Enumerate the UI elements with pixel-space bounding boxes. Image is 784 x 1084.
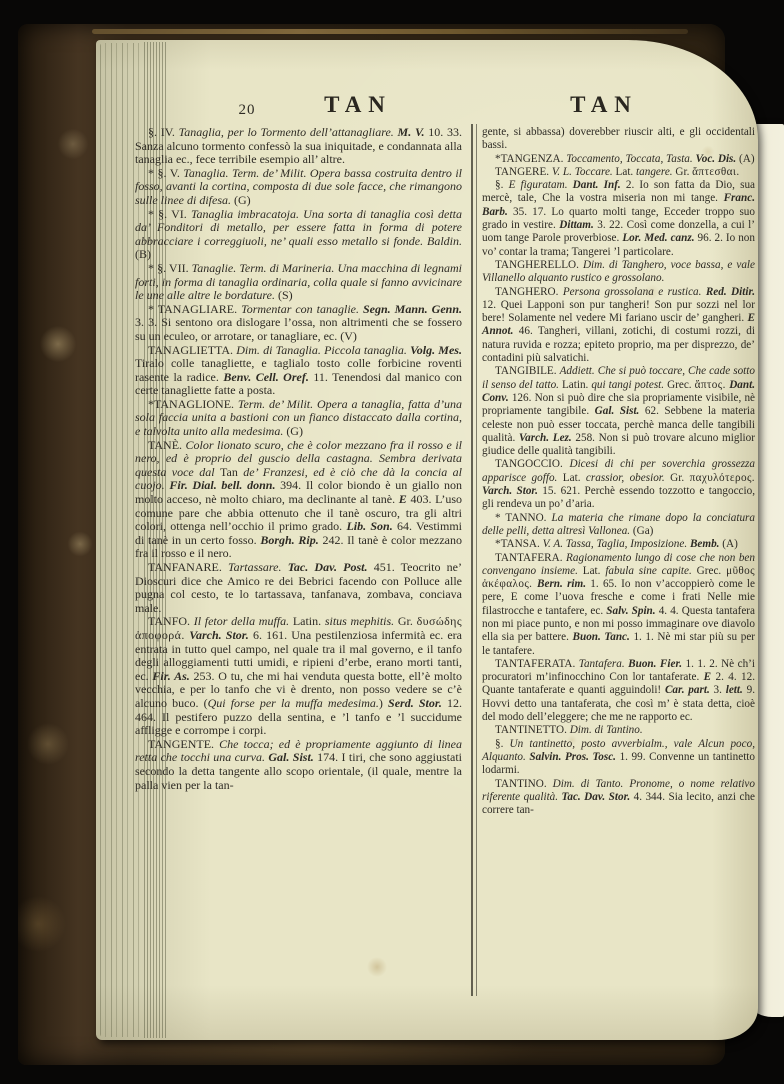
- dictionary-entry: TANGENTE. Che tocca; ed è propriamente a…: [135, 738, 462, 792]
- running-title-left: TAN: [288, 92, 428, 118]
- dictionary-entry: TANFO. Il fetor della muffa. Latin. situ…: [135, 615, 462, 737]
- running-title-right: TAN: [534, 92, 674, 118]
- dictionary-entry: TANÈ. Color lionato scuro, che è color m…: [135, 439, 462, 561]
- page-number: 20: [222, 102, 272, 119]
- dictionary-entry: TANGOCCIO. Dicesi di chi per soverchia g…: [482, 458, 755, 511]
- text-column-left: §. IV. Tanaglia, per lo Tormento dell’at…: [135, 126, 462, 792]
- dictionary-entry: * §. V. Tanaglia. Term. de’ Milit. Opera…: [135, 167, 462, 208]
- dictionary-entry: TANGERE. V. L. Toccare. Lat. tangere. Gr…: [482, 166, 755, 179]
- dictionary-entry: TANTAFERATA. Tantafera. Buon. Fier. 1. 1…: [482, 658, 755, 724]
- dictionary-entry: TANGHERELLO. Dim. di Tanghero, voce bass…: [482, 259, 755, 286]
- dictionary-entry: TANTINETTO. Dim. di Tantino.: [482, 724, 755, 737]
- text-column-right: gente, si abbassa) doverebber riuscir al…: [482, 126, 755, 817]
- dictionary-entry: *TANSA. V. A. Tassa, Taglia, Imposizione…: [482, 538, 755, 551]
- dictionary-entry: * TANAGLIARE. Tormentar con tanaglie. Se…: [135, 303, 462, 344]
- dictionary-entry: * TANNO. La materia che rimane dopo la c…: [482, 512, 755, 539]
- dictionary-entry: TANGHERO. Persona grossolana e rustica. …: [482, 286, 755, 366]
- gilt-top-edge: [92, 29, 688, 34]
- dictionary-entry: TANGIBILE. Addiett. Che si può toccare, …: [482, 365, 755, 458]
- dictionary-entry: * §. VII. Tanaglie. Term. di Marineria. …: [135, 262, 462, 303]
- column-rule: [471, 124, 477, 996]
- book-page: 20 TAN TAN §. IV. Tanaglia, per lo Torme…: [96, 40, 758, 1040]
- dictionary-entry: gente, si abbassa) doverebber riuscir al…: [482, 126, 755, 153]
- dictionary-entry: §. E figuratam. Dant. Inf. 2. Io son fat…: [482, 179, 755, 259]
- dictionary-entry: TANTINO. Dim. di Tanto. Pronome, o nome …: [482, 778, 755, 818]
- dictionary-entry: TANFANARE. Tartassare. Tac. Dav. Post. 4…: [135, 561, 462, 615]
- dictionary-entry: §. Un tantinetto, posto avverbialm., val…: [482, 738, 755, 778]
- dictionary-entry: §. IV. Tanaglia, per lo Tormento dell’at…: [135, 126, 462, 167]
- dictionary-entry: TANTAFERA. Ragionamento lungo di cose ch…: [482, 552, 755, 658]
- dictionary-entry: *TANGENZA. Toccamento, Toccata, Tasta. V…: [482, 153, 755, 166]
- dictionary-entry: * §. VI. Tanaglia imbracatoja. Una sorta…: [135, 208, 462, 262]
- dictionary-entry: TANAGLIETTA. Dim. di Tanaglia. Piccola t…: [135, 344, 462, 398]
- dictionary-entry: *TANAGLIONE. Term. de’ Milit. Opera a ta…: [135, 398, 462, 439]
